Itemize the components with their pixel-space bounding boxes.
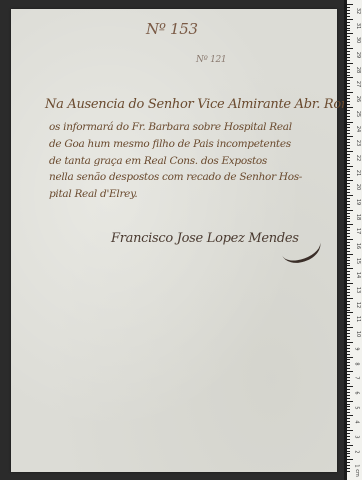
- ruler-tick: [347, 42, 350, 43]
- ruler-tick: [347, 304, 350, 305]
- ruler-tick: [347, 445, 353, 446]
- ruler-tick: [347, 60, 350, 61]
- ruler-unit: cm: [354, 469, 360, 477]
- ruler-tick: [347, 421, 350, 422]
- ruler-tick: [347, 336, 350, 337]
- ruler-label: 18: [355, 213, 361, 219]
- ruler-tick: [347, 265, 350, 266]
- ruler-tick: [347, 283, 353, 284]
- manuscript-page: Nº 153 Nº 121 Na Ausencia do Senhor Vice…: [11, 9, 337, 472]
- ruler-tick: [347, 424, 350, 425]
- ruler-tick: [347, 75, 350, 76]
- ruler-tick: [347, 268, 353, 269]
- body-line-5: nella senão despostos com recado de Senh…: [49, 171, 302, 183]
- ruler-tick: [347, 77, 353, 78]
- ruler-tick: [347, 154, 350, 155]
- ruler-label: 14: [355, 272, 361, 278]
- body-line-4: de tanta graça em Real Cons. dos Exposto…: [49, 155, 267, 167]
- ruler-tick: [347, 101, 350, 102]
- ruler-tick: [347, 174, 350, 175]
- ruler-tick: [347, 263, 350, 264]
- ruler-tick: [347, 127, 350, 128]
- ruler-tick: [347, 39, 350, 40]
- ruler-tick: [347, 13, 350, 14]
- ruler-tick: [347, 180, 353, 181]
- ruler-tick: [347, 459, 353, 460]
- ruler-tick: [347, 130, 350, 131]
- ruler-tick: [347, 436, 350, 437]
- ruler-tick: [347, 133, 350, 134]
- ruler-tick: [347, 418, 350, 419]
- ruler-tick: [347, 286, 350, 287]
- ruler-tick: [347, 7, 350, 8]
- ruler-label: 22: [355, 155, 361, 161]
- ruler-tick: [347, 427, 350, 428]
- ruler-label: 30: [355, 37, 361, 43]
- ruler-tick: [347, 315, 350, 316]
- ruler-label: 13: [355, 287, 361, 293]
- ruler-tick: [347, 271, 350, 272]
- ruler-tick: [347, 166, 353, 167]
- ruler-label: 27: [355, 81, 361, 87]
- ruler-tick: [347, 10, 350, 11]
- ruler-tick: [347, 439, 350, 440]
- ruler-label: 12: [355, 302, 361, 308]
- ruler-tick: [347, 110, 350, 111]
- ruler-label: 9: [354, 347, 360, 350]
- ruler-tick: [347, 95, 350, 96]
- ruler-tick: [347, 357, 353, 358]
- ruler-tick: [347, 171, 350, 172]
- ruler-label: 29: [355, 52, 361, 58]
- header-reference: Nº 153: [146, 20, 198, 38]
- ruler-tick: [347, 169, 350, 170]
- ruler-tick: [347, 354, 350, 355]
- ruler-tick: [347, 362, 350, 363]
- ruler-tick: [347, 51, 350, 52]
- ruler-tick: [347, 210, 353, 211]
- ruler-tick: [347, 392, 350, 393]
- ruler-label: 26: [355, 96, 361, 102]
- ruler-tick: [347, 163, 350, 164]
- ruler-label: 28: [355, 67, 361, 73]
- ruler-label: 2: [354, 450, 360, 453]
- ruler-tick: [347, 301, 350, 302]
- ruler-tick: [347, 116, 350, 117]
- ruler-tick: [347, 89, 350, 90]
- ruler-tick: [347, 448, 350, 449]
- ruler-tick: [347, 201, 350, 202]
- ruler-tick: [347, 107, 353, 108]
- ruler-tick: [347, 72, 350, 73]
- ruler-tick: [347, 69, 350, 70]
- ruler-tick: [347, 465, 350, 466]
- ruler-tick: [347, 406, 350, 407]
- ruler-label: 15: [355, 258, 361, 264]
- ruler-tick: [347, 289, 350, 290]
- ruler-tick: [347, 471, 350, 472]
- ruler-tick: [347, 333, 350, 334]
- ruler-tick: [347, 142, 350, 143]
- ruler-tick: [347, 277, 350, 278]
- ruler-tick: [347, 433, 350, 434]
- body-line-3: de Goa hum mesmo filho de Pais incompete…: [49, 138, 291, 150]
- ruler-label: 32: [355, 8, 361, 14]
- ruler-tick: [347, 86, 350, 87]
- ruler-tick: [347, 16, 350, 17]
- ruler-tick: [347, 342, 353, 343]
- ruler-tick: [347, 92, 353, 93]
- ruler-label: 6: [354, 391, 360, 394]
- ruler-tick: [347, 412, 350, 413]
- ruler-tick: [347, 386, 353, 387]
- ruler-tick: [347, 239, 353, 240]
- ruler-tick: [347, 351, 350, 352]
- ruler-tick: [347, 195, 353, 196]
- ruler-tick: [347, 189, 350, 190]
- ruler-label: 24: [355, 125, 361, 131]
- ruler-tick: [347, 254, 353, 255]
- ruler-tick: [347, 327, 353, 328]
- ruler-tick: [347, 380, 350, 381]
- ruler-tick: [347, 348, 350, 349]
- ruler-tick: [347, 54, 350, 55]
- ruler-tick: [347, 295, 350, 296]
- ruler-tick: [347, 177, 350, 178]
- ruler-tick: [347, 236, 350, 237]
- ruler-tick: [347, 442, 350, 443]
- ruler-tick: [347, 245, 350, 246]
- ruler-tick: [347, 207, 350, 208]
- ruler-label: 10: [355, 331, 361, 337]
- ruler-tick: [347, 242, 350, 243]
- ruler-label: 5: [354, 406, 360, 409]
- ruler-tick: [347, 409, 350, 410]
- ruler-label: 17: [355, 228, 361, 234]
- ruler-tick: [347, 83, 350, 84]
- measurement-ruler: 3231302928272625242322212019181716151413…: [344, 0, 362, 480]
- ruler-tick: [347, 63, 353, 64]
- ruler-tick: [347, 230, 350, 231]
- ruler-tick: [347, 224, 353, 225]
- ruler-label: 21: [355, 169, 361, 175]
- sub-reference: Nº 121: [196, 55, 226, 65]
- ruler-tick: [347, 33, 353, 34]
- ruler-tick: [347, 218, 350, 219]
- ruler-tick: [347, 66, 350, 67]
- ruler-tick: [347, 30, 350, 31]
- ruler-tick: [347, 365, 350, 366]
- ruler-label: 23: [355, 140, 361, 146]
- ruler-tick: [347, 330, 350, 331]
- ruler-tick: [347, 216, 350, 217]
- ruler-tick: [347, 57, 350, 58]
- ruler-tick: [347, 468, 350, 469]
- ruler-tick: [347, 45, 350, 46]
- ruler-tick: [347, 415, 353, 416]
- ruler-tick: [347, 318, 350, 319]
- ruler-tick: [347, 321, 350, 322]
- ruler-tick: [347, 204, 350, 205]
- ruler-tick: [347, 148, 350, 149]
- ruler-tick: [347, 248, 350, 249]
- ruler-tick: [347, 456, 350, 457]
- body-line-1: Na Ausencia do Senhor Vice Almirante Abr…: [45, 97, 362, 112]
- ruler-tick: [347, 395, 350, 396]
- ruler-tick: [347, 251, 350, 252]
- ruler-tick: [347, 213, 350, 214]
- ruler-tick: [347, 292, 350, 293]
- ruler-tick: [347, 227, 350, 228]
- ruler-tick: [347, 257, 350, 258]
- ruler-tick: [347, 451, 350, 452]
- ruler-tick: [347, 104, 350, 105]
- ruler-tick: [347, 310, 350, 311]
- ruler-label: 1: [354, 465, 360, 468]
- ruler-tick: [347, 430, 353, 431]
- ruler-tick: [347, 383, 350, 384]
- ruler-tick: [347, 374, 350, 375]
- ruler-tick: [347, 233, 350, 234]
- ruler-tick: [347, 80, 350, 81]
- ruler-tick: [347, 157, 350, 158]
- ruler-label: 19: [355, 199, 361, 205]
- ruler-label: 11: [355, 316, 361, 322]
- ruler-label: 4: [354, 421, 360, 424]
- ruler-tick: [347, 198, 350, 199]
- signature: Francisco Jose Lopez Mendes: [111, 231, 299, 246]
- ruler-label: 7: [354, 377, 360, 380]
- ruler-tick: [347, 359, 350, 360]
- ruler-tick: [347, 324, 350, 325]
- ruler-label: 25: [355, 111, 361, 117]
- ruler-tick: [347, 368, 350, 369]
- ruler-label: 8: [354, 362, 360, 365]
- ruler-tick: [347, 25, 350, 26]
- ruler-label: 31: [355, 23, 361, 29]
- ruler-tick: [347, 345, 350, 346]
- ruler-tick: [347, 145, 350, 146]
- ruler-tick: [347, 339, 350, 340]
- ruler-tick: [347, 260, 350, 261]
- ruler-tick: [347, 274, 350, 275]
- ruler-tick: [347, 377, 350, 378]
- ruler-tick: [347, 113, 350, 114]
- ruler-tick: [347, 4, 353, 5]
- ruler-tick: [347, 398, 350, 399]
- ruler-tick: [347, 28, 350, 29]
- ruler-tick: [347, 186, 350, 187]
- ruler-tick: [347, 280, 350, 281]
- ruler-tick: [347, 136, 353, 137]
- ruler-tick: [347, 462, 350, 463]
- ruler-tick: [347, 298, 353, 299]
- ruler-tick: [347, 371, 353, 372]
- ruler-tick: [347, 160, 350, 161]
- ruler-tick: [347, 122, 353, 123]
- ruler-tick: [347, 19, 353, 20]
- ruler-tick: [347, 98, 350, 99]
- body-line-6: pital Real d'Elrey.: [49, 188, 137, 200]
- ruler-tick: [347, 404, 350, 405]
- ruler-tick: [347, 221, 350, 222]
- ruler-tick: [347, 389, 350, 390]
- body-line-2: os informará do Fr. Barbara sobre Hospit…: [49, 121, 292, 133]
- ruler-tick: [347, 401, 353, 402]
- ruler-tick: [347, 36, 350, 37]
- ruler-label: 3: [354, 435, 360, 438]
- ruler-tick: [347, 307, 350, 308]
- ruler-tick: [347, 119, 350, 120]
- ruler-tick: [347, 453, 350, 454]
- ruler-tick: [347, 48, 353, 49]
- ruler-tick: [347, 183, 350, 184]
- ruler-tick: [347, 192, 350, 193]
- ruler-tick: [347, 312, 353, 313]
- ruler-tick: [347, 139, 350, 140]
- ruler-tick: [347, 124, 350, 125]
- ruler-tick: [347, 22, 350, 23]
- ruler-tick: [347, 151, 353, 152]
- ruler-label: 16: [355, 243, 361, 249]
- ruler-label: 20: [355, 184, 361, 190]
